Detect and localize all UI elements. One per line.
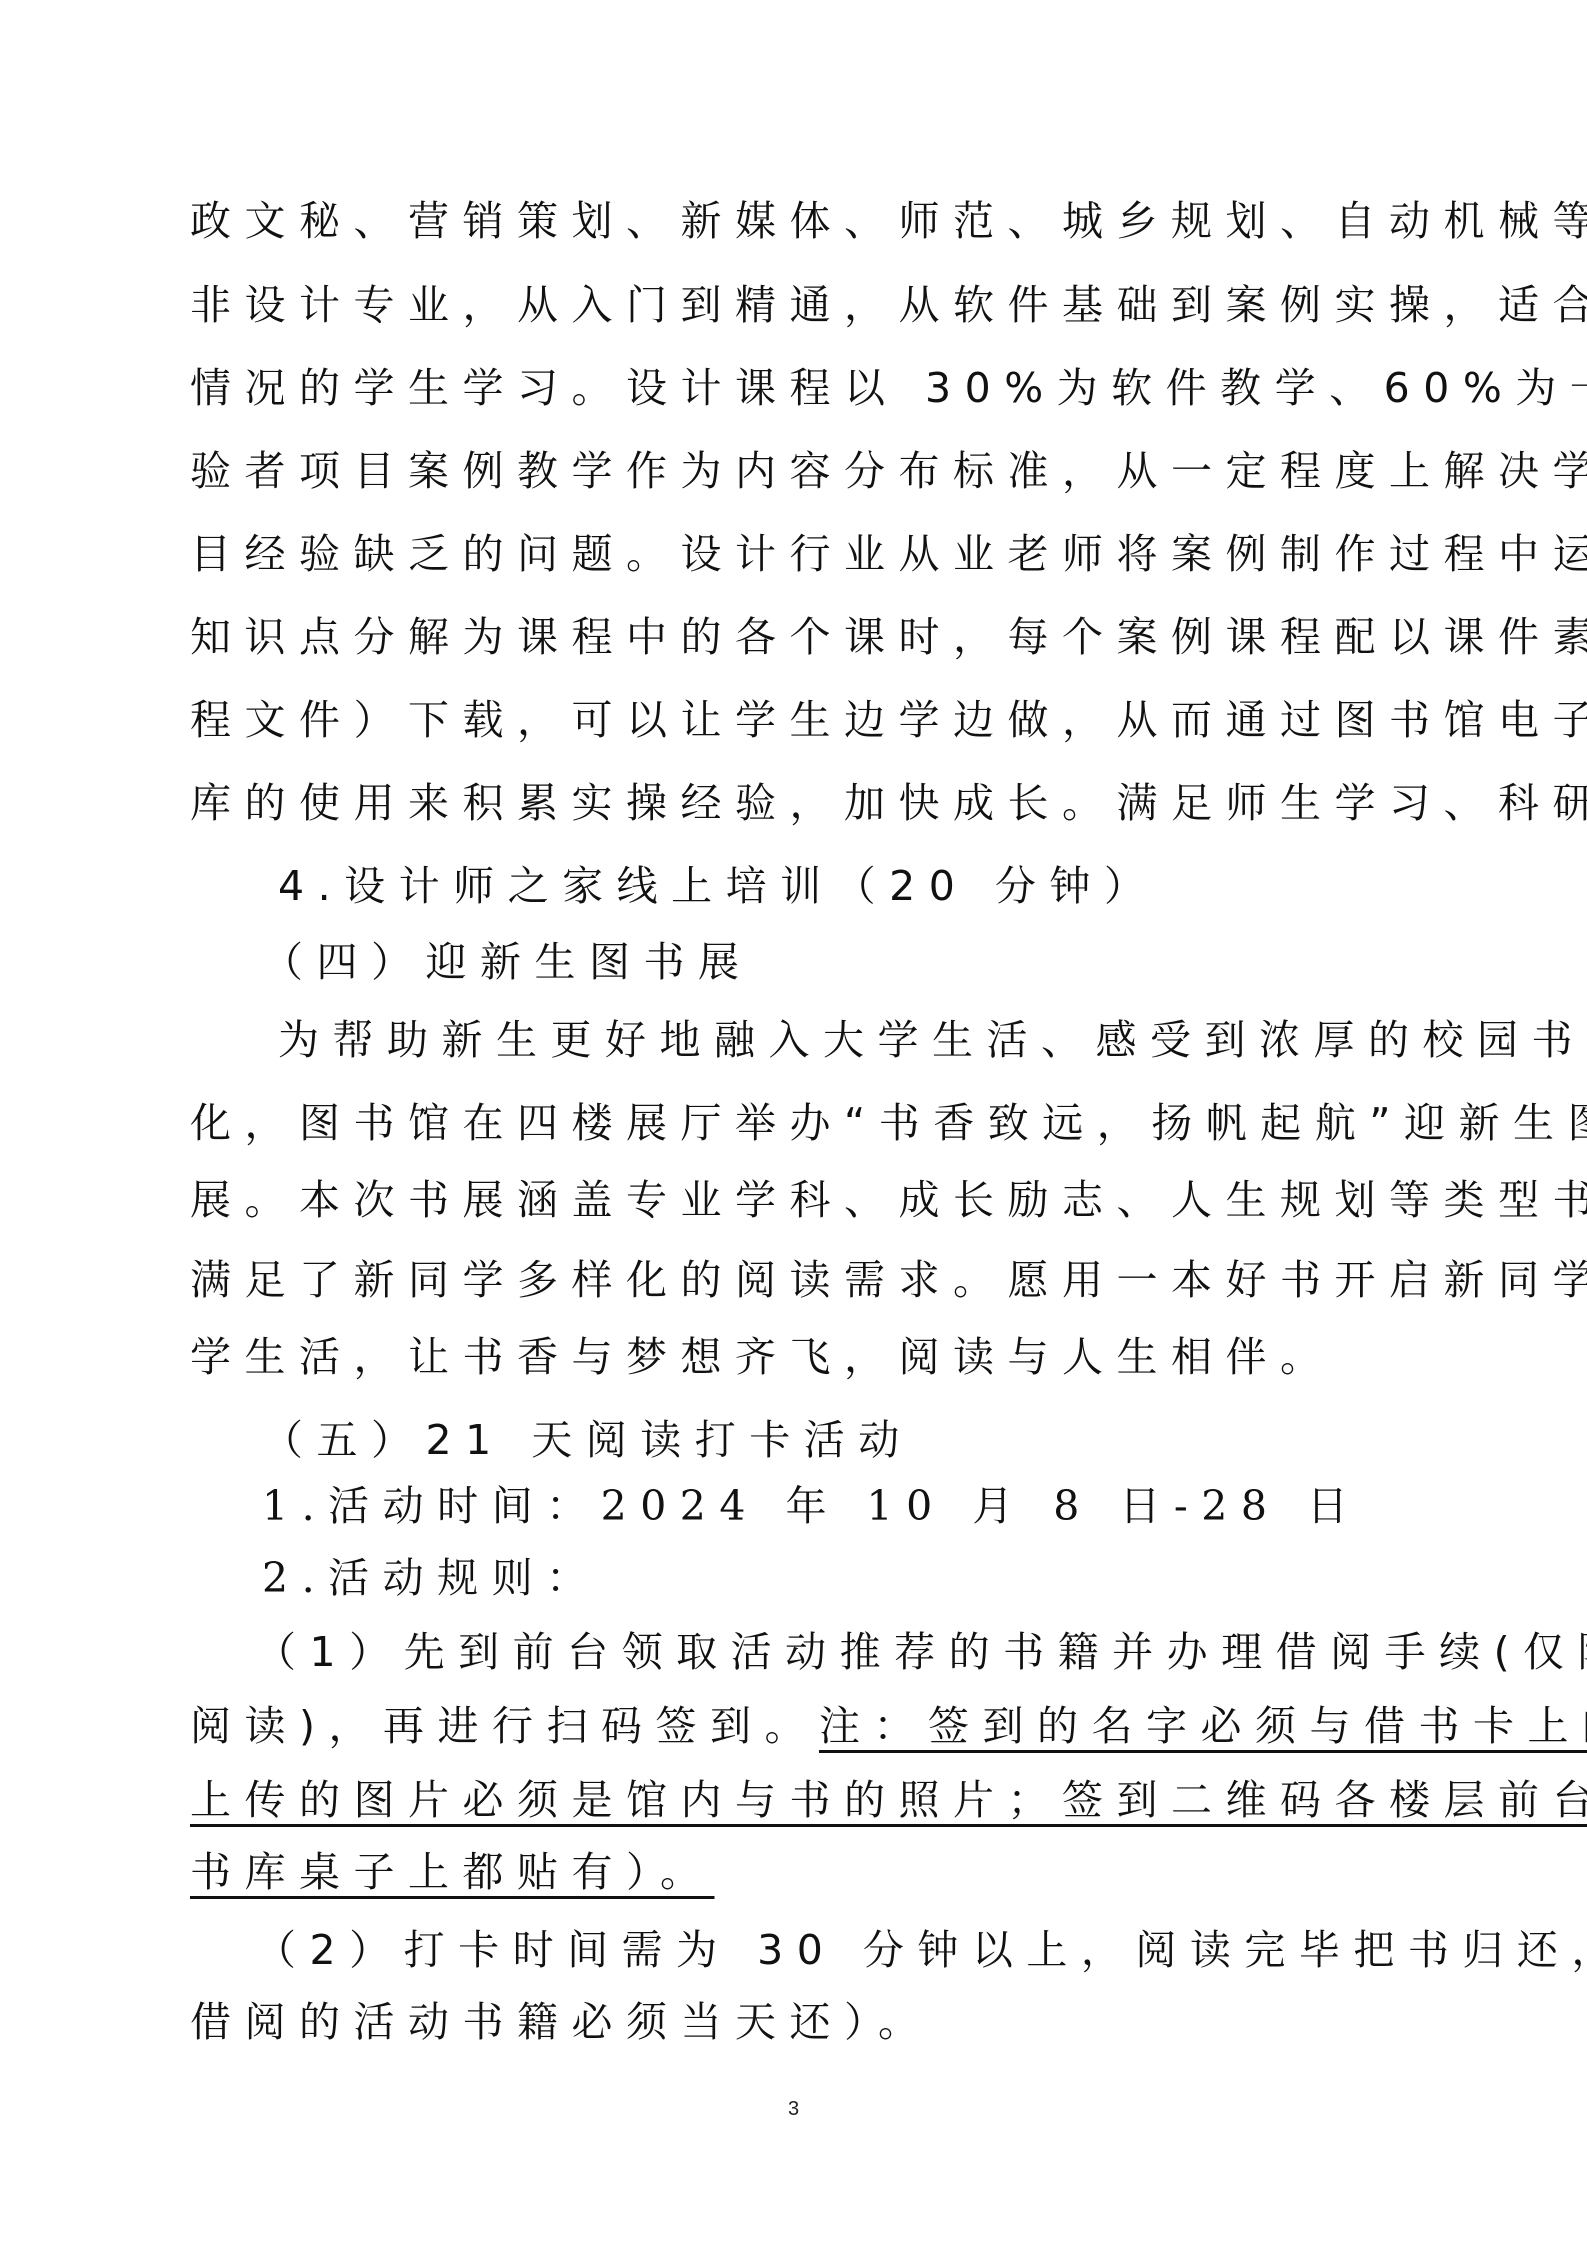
paragraph-line: 目经验缺乏的问题。设计行业从业老师将案例制作过程中运用的: [190, 524, 1410, 584]
paragraph-line: 为帮助新生更好地融入大学生活、感受到浓厚的校园书香文: [278, 1010, 1498, 1070]
rule-item-line: 上传的图片必须是馆内与书的照片；签到二维码各楼层前台以及: [190, 1770, 1410, 1830]
rule-item: （2）打卡时间需为 30 分钟以上，阅读完毕把书归还，当天: [255, 1920, 1475, 1980]
paragraph-line: 满足了新同学多样化的阅读需求。愿用一本好书开启新同学的大: [190, 1250, 1410, 1310]
paragraph-line: 情况的学生学习。设计课程以 30%为软件教学、60%为一线从业经: [190, 358, 1410, 418]
page-number: 3: [0, 2098, 1587, 2121]
list-item-heading: 4.设计师之家线上培训（20 分钟）: [278, 856, 1498, 916]
paragraph-line: 验者项目案例教学作为内容分布标准，从一定程度上解决学生项: [190, 441, 1410, 501]
paragraph-line: 政文秘、营销策划、新媒体、师范、城乡规划、自动机械等９大: [190, 191, 1410, 251]
paragraph-line: 化，图书馆在四楼展厅举办“书香致远，扬帆起航”迎新生图书: [190, 1093, 1410, 1153]
paragraph-line: 借阅的活动书籍必须当天还）。: [190, 1992, 1410, 2052]
rule-item-line: 书库桌子上都贴有）。: [190, 1842, 1410, 1902]
section-heading: （四）迎新生图书展: [262, 932, 1482, 992]
paragraph-line: 展。本次书展涵盖专业学科、成长励志、人生规划等类型书籍，: [190, 1170, 1410, 1230]
paragraph-line: 非设计专业，从入门到精通，从软件基础到案例实操，适合不同: [190, 275, 1410, 335]
paragraph-line: 库的使用来积累实操经验，加快成长。满足师生学习、科研需求。: [190, 773, 1410, 833]
section-heading: （五）21 天阅读打卡活动: [262, 1410, 1482, 1470]
rule-note-underlined: 注：签到的名字必须与借书卡上的一致；: [819, 1702, 1587, 1750]
document-page: 政文秘、营销策划、新媒体、师范、城乡规划、自动机械等９大 非设计专业，从入门到精…: [0, 0, 1587, 2245]
rule-item-line: 阅读)，再进行扫码签到。注：签到的名字必须与借书卡上的一致；: [190, 1696, 1410, 1756]
rule-item: （1）先到前台领取活动推荐的书籍并办理借阅手续(仅限馆内: [255, 1622, 1475, 1682]
paragraph-line: 程文件）下载，可以让学生边学边做，从而通过图书馆电子资源: [190, 690, 1410, 750]
rule-note-underlined: 书库桌子上都贴有）。: [190, 1848, 715, 1896]
rule-text: 阅读)，再进行扫码签到。: [190, 1702, 819, 1750]
rule-note-underlined: 上传的图片必须是馆内与书的照片；签到二维码各楼层前台以及: [190, 1776, 1587, 1824]
paragraph-line: 知识点分解为课程中的各个课时，每个案例课程配以课件素材（工: [190, 607, 1410, 667]
activity-time: 1.活动时间：2024 年 10 月 8 日-28 日: [262, 1476, 1482, 1536]
paragraph-line: 学生活，让书香与梦想齐飞，阅读与人生相伴。: [190, 1327, 1410, 1387]
activity-rules-heading: 2.活动规则：: [262, 1548, 1482, 1608]
